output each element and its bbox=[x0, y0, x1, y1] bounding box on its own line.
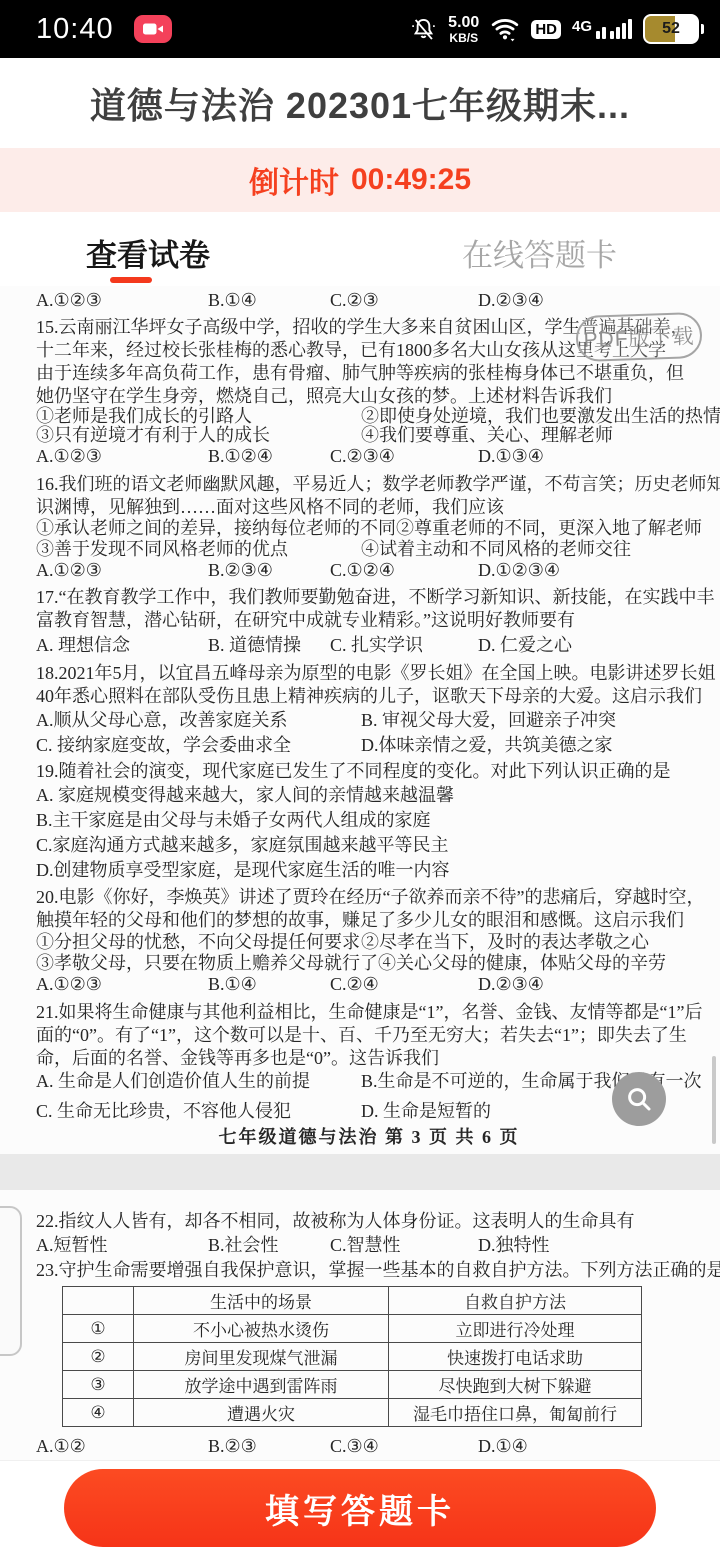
option-cell: ③善于发现不同风格老师的优点 bbox=[36, 538, 361, 561]
question-text-line: B.主干家庭是由父母与未婚子女两代人组成的家庭 bbox=[36, 809, 702, 832]
countdown-label: 倒计时 bbox=[249, 158, 339, 202]
option-cell: B.①②④ bbox=[208, 445, 330, 468]
table-cell: 遭遇火灾 bbox=[134, 1399, 389, 1427]
option-cell: ④我们要尊重、关心、理解老师 bbox=[361, 424, 702, 447]
option-cell: D.①④ bbox=[478, 1435, 702, 1458]
question-text-line: 17.“在教育教学工作中，我们教师要勤勉奋进，不断学习新知识、新技能，在实践中丰 bbox=[36, 586, 702, 609]
options-row: A.①②③B.①④C.②④D.②③④ bbox=[36, 973, 702, 996]
option-cell: C. 接纳家庭变故，学会委曲求全 bbox=[36, 734, 361, 757]
options-row: A. 理想信念B. 道德情操C. 扎实学识D. 仁爱之心 bbox=[36, 634, 702, 657]
bottom-bar: 填写答题卡 bbox=[0, 1460, 720, 1560]
tab-bar: 查看试卷 在线答题卡 bbox=[0, 212, 720, 287]
network-speed: 5.00 KB/S bbox=[448, 15, 479, 44]
table-cell: 立即进行冷处理 bbox=[389, 1315, 642, 1343]
option-cell: B.①④ bbox=[208, 973, 330, 996]
search-fab[interactable] bbox=[612, 1072, 666, 1126]
option-cell: A.①②③ bbox=[36, 973, 208, 996]
question-text-line: A. 家庭规模变得越来越大，家人间的亲情越来越温馨 bbox=[36, 784, 702, 807]
wifi-icon bbox=[490, 16, 520, 42]
option-cell: A.顺从父母心意，改善家庭关系 bbox=[36, 709, 361, 732]
options-row: A.①②B.②③C.③④D.①④ bbox=[36, 1435, 702, 1458]
option-cell: A.短暂性 bbox=[36, 1234, 208, 1257]
table-cell bbox=[63, 1287, 134, 1315]
table-cell: 房间里发现煤气泄漏 bbox=[134, 1343, 389, 1371]
countdown-banner: 倒计时 00:49:25 bbox=[0, 148, 720, 212]
option-cell: D.②③④ bbox=[478, 289, 702, 312]
option-cell: C.②④ bbox=[330, 973, 478, 996]
battery-nub bbox=[701, 24, 704, 34]
question-text-line: D.创建物质享受型家庭，是现代家庭生活的唯一内容 bbox=[36, 859, 702, 882]
option-cell: A. 生命是人们创造价值人生的前提 bbox=[36, 1070, 361, 1093]
option-cell: B. 道德情操 bbox=[208, 634, 330, 657]
options-row: ①承认老师之间的差异，接纳每位老师的不同②尊重老师的不同，更深入地了解老师 bbox=[36, 517, 702, 540]
option-cell: B.②③④ bbox=[208, 559, 330, 582]
option-cell: D.体味亲情之爱，共筑美德之家 bbox=[361, 734, 702, 757]
table-cell: ④ bbox=[63, 1399, 134, 1427]
option-cell: C. 生命无比珍贵，不容他人侵犯 bbox=[36, 1100, 361, 1123]
table-cell: 生活中的场景 bbox=[134, 1287, 389, 1315]
options-row: ①分担父母的忧愁，不向父母提任何要求②尽孝在当下，及时的表达孝敬之心 bbox=[36, 931, 702, 954]
question-text-line: 命，后面的名誉、金钱等再多也是“0”。这告诉我们 bbox=[36, 1047, 702, 1070]
countdown-time: 00:49:25 bbox=[351, 163, 471, 197]
option-cell: D.②③④ bbox=[478, 973, 702, 996]
signal-bars-icon: 4G bbox=[572, 19, 632, 39]
options-row: ③孝敬父母，只要在物质上赡养父母就行了④关心父母的健康，体贴父母的辛劳 bbox=[36, 952, 702, 975]
exam-page-4: 22.指纹人人皆有，却各不相同，故被称为人体身份证。这表明人的生命具有A.短暂性… bbox=[0, 1190, 720, 1460]
options-row: C. 接纳家庭变故，学会委曲求全D.体味亲情之爱，共筑美德之家 bbox=[36, 734, 702, 757]
table-cell: 不小心被热水烫伤 bbox=[134, 1315, 389, 1343]
bell-muted-icon bbox=[410, 16, 437, 43]
option-cell: C.③④ bbox=[330, 1435, 478, 1458]
option-cell: A. 理想信念 bbox=[36, 634, 208, 657]
table-row: ③放学途中遇到雷阵雨尽快跑到大树下躲避 bbox=[63, 1371, 642, 1399]
table-cell: ③ bbox=[63, 1371, 134, 1399]
self-rescue-table: 生活中的场景自救自护方法①不小心被热水烫伤立即进行冷处理②房间里发现煤气泄漏快速… bbox=[62, 1286, 642, 1427]
options-row: ③善于发现不同风格老师的优点④试着主动和不同风格的老师交往 bbox=[36, 538, 702, 561]
question-text-line: 20.电影《你好，李焕英》讲述了贾玲在经历“子欲养而亲不待”的悲痛后，穿越时空， bbox=[36, 886, 702, 909]
option-cell: C.智慧性 bbox=[330, 1234, 478, 1257]
hd-badge: HD bbox=[531, 20, 561, 39]
active-tab-underline bbox=[110, 277, 152, 283]
option-cell: D. 仁爱之心 bbox=[478, 634, 702, 657]
option-cell: A.①②③ bbox=[36, 559, 208, 582]
question-text-line: 22.指纹人人皆有，却各不相同，故被称为人体身份证。这表明人的生命具有 bbox=[36, 1210, 702, 1233]
option-cell: B.社会性 bbox=[208, 1234, 330, 1257]
exam-scroll-area[interactable]: A.①②③B.①④C.②③D.②③④15.云南丽江华坪女子高级中学，招收的学生大… bbox=[0, 286, 720, 1460]
table-row: ①不小心被热水烫伤立即进行冷处理 bbox=[63, 1315, 642, 1343]
question-text-line: 19.随着社会的演变，现代家庭已发生了不同程度的变化。对此下列认识正确的是 bbox=[36, 760, 702, 783]
option-cell: ②尽孝在当下，及时的表达孝敬之心 bbox=[361, 931, 702, 954]
options-row: A. 生命是人们创造价值人生的前提B.生命是不可逆的，生命属于我们只有一次 bbox=[36, 1070, 702, 1093]
table-cell: ② bbox=[63, 1343, 134, 1371]
page-gap bbox=[0, 1154, 720, 1190]
options-row: C. 生命无比珍贵，不容他人侵犯D. 生命是短暂的 bbox=[36, 1100, 702, 1123]
option-cell: ①承认老师之间的差异，接纳每位老师的不同 bbox=[36, 517, 396, 540]
options-row: A.短暂性B.社会性C.智慧性D.独特性 bbox=[36, 1234, 702, 1257]
tab-online-answer-card[interactable]: 在线答题卡 bbox=[462, 230, 617, 275]
option-cell: D.①③④ bbox=[478, 445, 702, 468]
question-text-line: 21.如果将生命健康与其他利益相比，生命健康是“1”，名誉、金钱、友情等都是“1… bbox=[36, 1001, 702, 1024]
option-cell: B. 审视父母大爱，回避亲子冲突 bbox=[361, 709, 702, 732]
option-cell: C.②③ bbox=[330, 289, 478, 312]
status-bar: 10:40 5.00 KB/S HD bbox=[0, 0, 720, 58]
options-row: A.①②③B.①④C.②③D.②③④ bbox=[36, 289, 702, 312]
table-row: ②房间里发现煤气泄漏快速拨打电话求助 bbox=[63, 1343, 642, 1371]
scrollbar-thumb[interactable] bbox=[712, 1056, 716, 1144]
question-text-line: 40年悉心照料在部队受伤且患上精神疾病的儿子，讴歌天下母亲的大爱。这启示我们 bbox=[36, 685, 702, 708]
option-cell: A.①②③ bbox=[36, 289, 208, 312]
question-text-line: 18.2021年5月，以宜昌五峰母亲为原型的电影《罗长姐》在全国上映。电影讲述罗… bbox=[36, 662, 702, 685]
option-cell: B.②③ bbox=[208, 1435, 330, 1458]
question-text-line: 触摸年轻的父母和他们的梦想的故事，赚足了多少儿女的眼泪和感慨。这启示我们 bbox=[36, 909, 702, 932]
table-cell: 快速拨打电话求助 bbox=[389, 1343, 642, 1371]
options-row: A.①②③B.②③④C.①②④D.①②③④ bbox=[36, 559, 702, 582]
table-cell: 尽快跑到大树下躲避 bbox=[389, 1371, 642, 1399]
question-text-line: 识渊博，见解独到……面对这些风格不同的老师，我们应该 bbox=[36, 496, 702, 519]
option-cell: ③只有逆境才有利于人的成长 bbox=[36, 424, 361, 447]
option-cell: C.①②④ bbox=[330, 559, 478, 582]
option-cell: ④试着主动和不同风格的老师交往 bbox=[361, 538, 702, 561]
option-cell: ②尊重老师的不同，更深入地了解老师 bbox=[396, 517, 702, 540]
tab-view-paper[interactable]: 查看试卷 bbox=[86, 230, 210, 275]
option-cell: D.独特性 bbox=[478, 1234, 702, 1257]
exam-app: 10:40 5.00 KB/S HD bbox=[0, 0, 720, 1560]
table-cell: 湿毛巾捂住口鼻，匍匐前行 bbox=[389, 1399, 642, 1427]
page-footer: 七年级道德与法治 第 3 页 共 6 页 bbox=[36, 1126, 702, 1149]
option-cell: ④关心父母的健康，体贴父母的辛劳 bbox=[378, 952, 702, 975]
question-text-line: 16.我们班的语文老师幽默风趣，平易近人；数学老师教学严谨，不苟言笑；历史老师知 bbox=[36, 473, 702, 496]
pdf-download-button[interactable]: PDF版下载 bbox=[575, 312, 703, 362]
question-text-line: C.家庭沟通方式越来越多，家庭氛围越来越平等民主 bbox=[36, 834, 702, 857]
table-row: ④遭遇火灾湿毛巾捂住口鼻，匍匐前行 bbox=[63, 1399, 642, 1427]
fill-answer-card-button[interactable]: 填写答题卡 bbox=[64, 1469, 656, 1547]
option-cell: D.①②③④ bbox=[478, 559, 702, 582]
status-icons: 5.00 KB/S HD 4G 52 bbox=[410, 14, 704, 44]
battery-indicator: 52 bbox=[643, 14, 699, 44]
exam-page-3: A.①②③B.①④C.②③D.②③④15.云南丽江华坪女子高级中学，招收的学生大… bbox=[0, 286, 720, 1154]
option-cell: ①分担父母的忧愁，不向父母提任何要求 bbox=[36, 931, 361, 954]
option-cell: ③孝敬父母，只要在物质上赡养父母就行了 bbox=[36, 952, 378, 975]
table-cell: 放学途中遇到雷阵雨 bbox=[134, 1371, 389, 1399]
table-row: 生活中的场景自救自护方法 bbox=[63, 1287, 642, 1315]
option-cell: C. 扎实学识 bbox=[330, 634, 478, 657]
option-cell: C.②③④ bbox=[330, 445, 478, 468]
screen-record-icon bbox=[134, 15, 172, 43]
page-title: 道德与法治 202301七年级期末... bbox=[90, 78, 630, 129]
side-drag-handle[interactable] bbox=[0, 1206, 22, 1356]
options-row: A.①②③B.①②④C.②③④D.①③④ bbox=[36, 445, 702, 468]
option-cell: A.①② bbox=[36, 1435, 208, 1458]
question-text-line: 23.守护生命需要增强自我保护意识，掌握一些基本的自救自护方法。下列方法正确的是 bbox=[36, 1259, 702, 1282]
table-cell: ① bbox=[63, 1315, 134, 1343]
title-bar: 道德与法治 202301七年级期末... bbox=[0, 58, 720, 148]
search-icon bbox=[624, 1084, 654, 1114]
options-row: A.顺从父母心意，改善家庭关系B. 审视父母大爱，回避亲子冲突 bbox=[36, 709, 702, 732]
table-cell: 自救自护方法 bbox=[389, 1287, 642, 1315]
question-text-line: 富教育智慧，潜心钻研，在研究中成就专业精彩。”这说明好教师要有 bbox=[36, 609, 702, 632]
option-cell: B.①④ bbox=[208, 289, 330, 312]
options-row: ③只有逆境才有利于人的成长④我们要尊重、关心、理解老师 bbox=[36, 424, 702, 447]
clock: 10:40 bbox=[36, 13, 114, 46]
question-text-line: 面的“0”。有了“1”，这个数可以是十、百、千乃至无穷大；若失去“1”；即失去了… bbox=[36, 1024, 702, 1047]
option-cell: A.①②③ bbox=[36, 445, 208, 468]
question-text-line: 由于连续多年高负荷工作，患有骨瘤、肺气肿等疾病的张桂梅身体已不堪重负，但 bbox=[36, 362, 702, 385]
